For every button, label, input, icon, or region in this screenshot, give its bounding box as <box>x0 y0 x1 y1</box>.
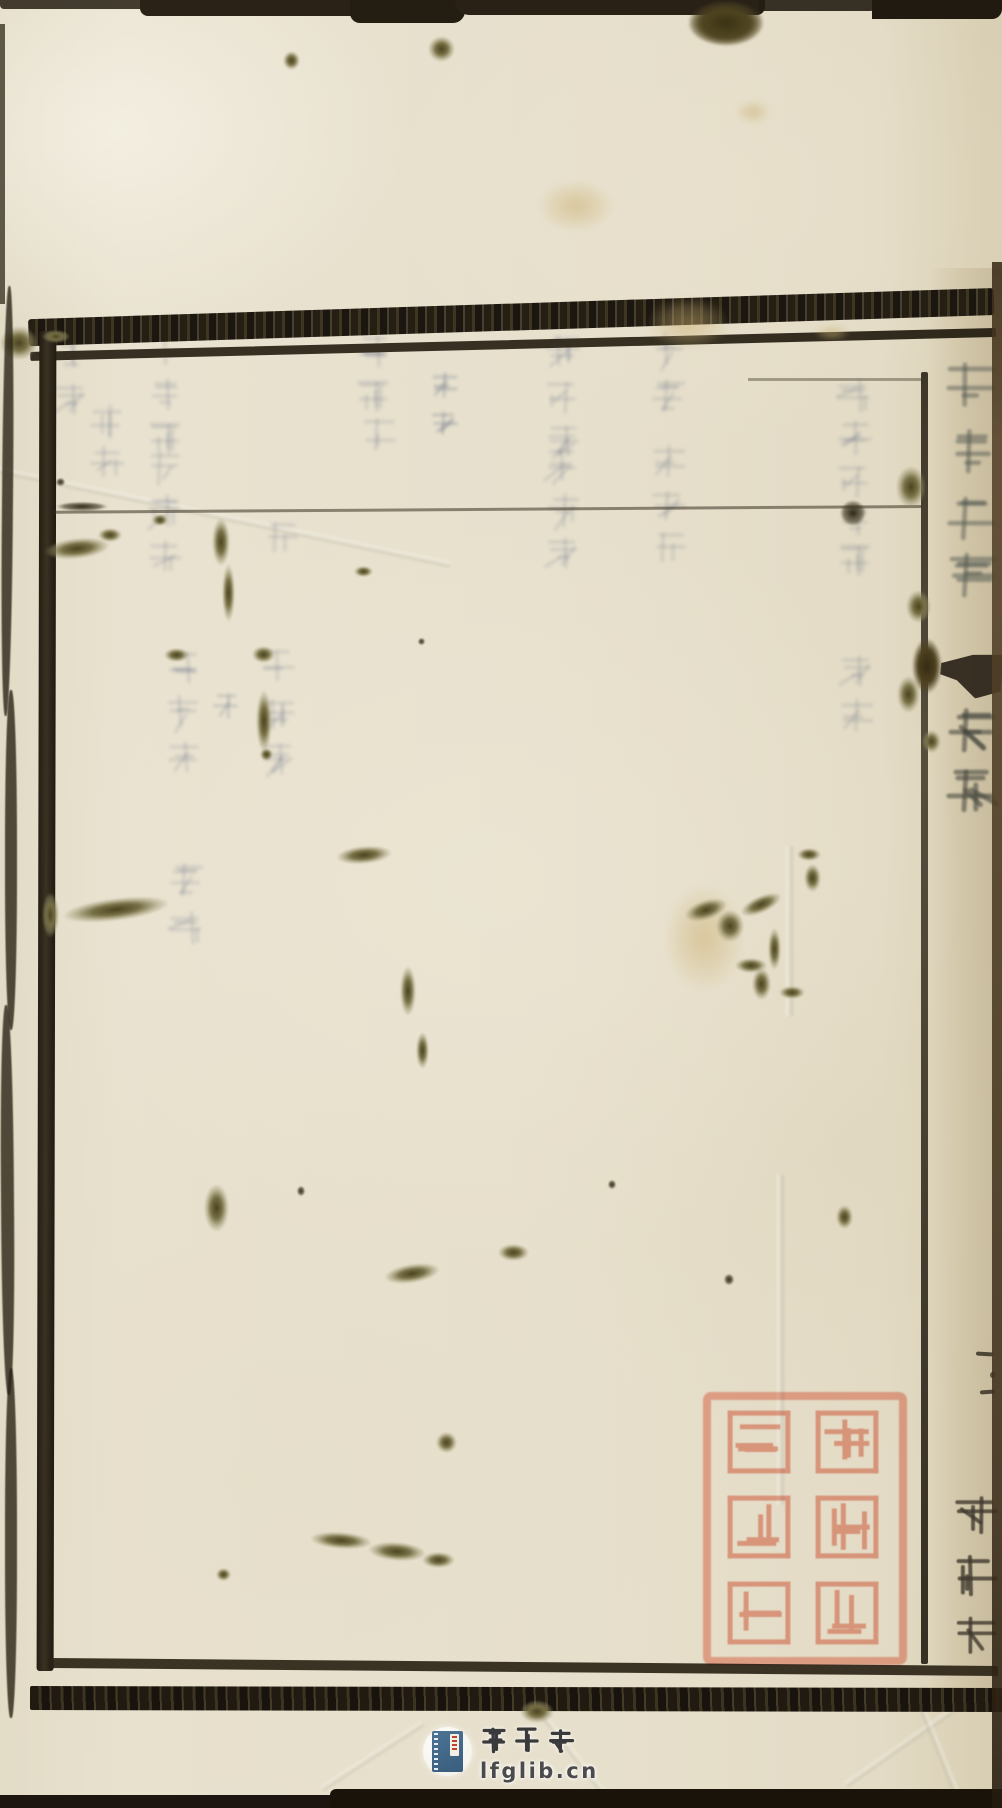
page-edge-top <box>350 0 465 23</box>
page-edge-right <box>992 262 1002 1808</box>
watermark-logo-circle <box>423 1727 472 1776</box>
site-name-char <box>513 1724 543 1757</box>
watermark-site-name <box>480 1724 680 1758</box>
page-edge-left <box>0 24 5 304</box>
page-edge-left-streak <box>5 690 17 1030</box>
watermark-site-url: lfglib.cn <box>480 1759 680 1783</box>
page-edges <box>0 0 1002 1808</box>
book-icon <box>432 1731 463 1772</box>
site-name-char <box>546 1724 575 1757</box>
site-watermark: lfglib.cn <box>420 1722 680 1786</box>
page-edge-top <box>758 0 878 11</box>
page-edge-bottom <box>330 1789 1002 1808</box>
edge-stain-blob <box>688 0 764 46</box>
page-edge-top <box>0 0 150 9</box>
page-edge-top <box>140 0 365 16</box>
page-edge-left-streak <box>5 1368 17 1718</box>
page-edge-left-streak <box>0 286 15 716</box>
book-title-label-icon <box>450 1734 459 1756</box>
page-edge-top <box>872 0 1002 19</box>
watermark-text: lfglib.cn <box>480 1724 680 1783</box>
site-name-char <box>480 1724 510 1757</box>
genealogy-page-scan: lfglib.cn <box>0 0 1002 1808</box>
page-edge-left-streak <box>0 1005 15 1395</box>
book-spine-binding-icon <box>434 1733 438 1770</box>
